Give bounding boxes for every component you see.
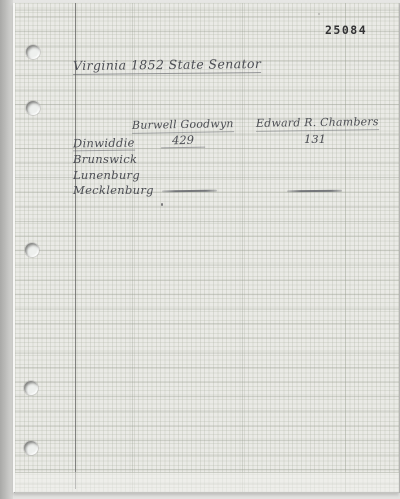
punch-hole: [24, 441, 38, 455]
paper-crease: [242, 3, 243, 492]
county-label-dinwiddie: Dinwiddie: [73, 136, 135, 152]
punch-hole: [25, 243, 39, 257]
paper-crease: [132, 3, 133, 492]
scan-speck: [161, 203, 163, 206]
candidate-header-burwell-goodwyn: Burwell Goodwyn: [132, 117, 234, 134]
punch-hole: [24, 381, 38, 395]
county-label-lunenburg: Lunenburg: [73, 168, 140, 182]
county-label-mecklenburg: Mecklenburg: [73, 183, 154, 197]
document-title: Virginia 1852 State Senator: [73, 56, 261, 75]
punch-hole: [26, 45, 40, 59]
page-bottom-strip: [15, 472, 399, 493]
dash-mark-chambers-mecklenburg: [287, 190, 342, 192]
candidate-header-edward-r-chambers: Edward R. Chambers: [256, 115, 379, 132]
margin-rule-line: [75, 3, 76, 489]
dash-mark-goodwyn-mecklenburg: [162, 190, 217, 193]
scanned-document: 25084 Virginia 1852 State Senator Burwel…: [0, 0, 400, 499]
scanner-edge-band: [0, 0, 13, 499]
scan-speck: [318, 13, 320, 15]
punch-hole: [26, 101, 40, 115]
ledger-page: 25084 Virginia 1852 State Senator Burwel…: [13, 3, 399, 493]
paper-crease: [345, 3, 346, 492]
vote-count-chambers-dinwiddie: 131: [293, 132, 337, 146]
vote-count-goodwyn-dinwiddie: 429: [161, 133, 205, 149]
stamp-number: 25084: [325, 23, 367, 37]
county-label-brunswick: Brunswick: [73, 152, 137, 166]
